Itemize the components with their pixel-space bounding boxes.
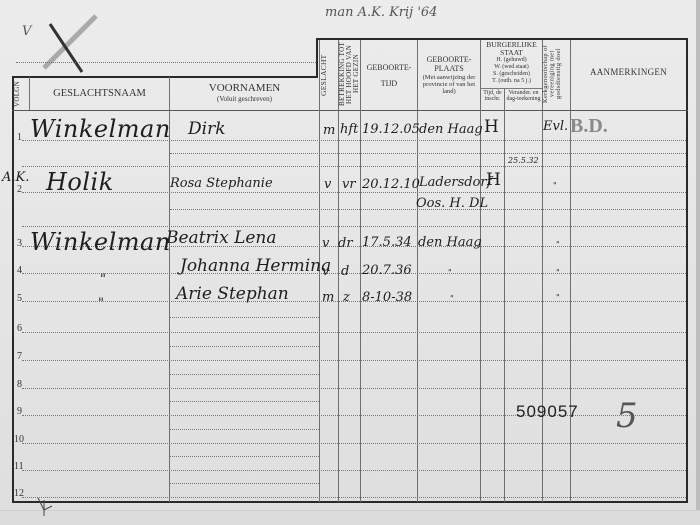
header-geboorteplaats-2: PLAATS — [418, 65, 480, 73]
card-edge-right — [696, 0, 700, 525]
frame-step — [316, 38, 318, 76]
sex: m — [322, 290, 334, 305]
relation: vr — [342, 177, 356, 192]
church: " — [556, 240, 560, 249]
subrow-line — [170, 429, 319, 430]
header-bs-w: W. (wed.staat) — [481, 64, 542, 70]
header-voornamen: VOORNAMEN — [170, 83, 319, 95]
status-date: 25.5.32 — [508, 156, 539, 165]
sex: m — [323, 123, 335, 138]
birth-place: " — [448, 268, 452, 277]
birth-date: 8-10-38 — [362, 290, 412, 305]
birth-place: den Haag — [418, 235, 482, 250]
frame-bottom — [12, 501, 688, 503]
row-number: 8 — [17, 379, 22, 390]
church: " — [553, 181, 557, 190]
row-line-6 — [22, 332, 686, 333]
card-edge-bottom — [0, 510, 700, 525]
top-annotation: man A.K. Krij '64 — [325, 5, 437, 20]
row-number: 1 — [17, 132, 22, 143]
given-names: Johanna Hermina — [180, 256, 331, 276]
civil-status: H — [486, 170, 501, 190]
subrow-line — [22, 226, 686, 227]
row-line-9 — [22, 415, 686, 416]
header-bs-s: S. (gescheiden) — [481, 71, 542, 77]
relation: hft — [340, 122, 358, 137]
header-geslacht: GESLACHT — [320, 44, 338, 106]
frame-top-left — [12, 76, 318, 78]
header-voornamen-sub: (Voluit geschreven) — [170, 96, 319, 103]
row-number: 5 — [17, 293, 22, 304]
margin-note: A.K. — [2, 170, 29, 185]
status-sub-rule — [480, 88, 542, 89]
civil-status: H — [484, 117, 499, 137]
church: " — [556, 293, 560, 302]
row-line-7 — [22, 360, 686, 361]
header-aanmerkingen: AANMERKINGEN — [571, 68, 686, 77]
given-names: Beatrix Lena — [166, 228, 277, 248]
birth-place: " — [450, 294, 454, 303]
subrow-line — [170, 456, 319, 457]
cross-out-mark-icon — [38, 12, 98, 76]
surname: " — [98, 296, 104, 311]
row-line-4 — [22, 273, 686, 274]
row-number: 7 — [17, 351, 22, 362]
col-sep-status — [542, 40, 543, 502]
tick-mark-icon — [34, 496, 54, 516]
relation: dr — [338, 236, 353, 251]
birth-date: 20.7.36 — [362, 263, 412, 278]
frame-right — [686, 38, 688, 503]
relation: d — [341, 264, 349, 279]
header-geboortetijd-1: GEBOORTE- — [361, 64, 417, 72]
birth-date: 19.12.05 — [362, 122, 420, 137]
birth-place: den Haag — [419, 122, 483, 137]
header-bottom-rule — [12, 110, 688, 111]
subrow-line — [170, 317, 319, 318]
relation: z — [343, 290, 350, 305]
header-betrekking: BETREKKING TOT HET HOOFD VAN HET GEZIN — [339, 40, 360, 108]
row-line-11 — [22, 470, 686, 471]
row-number: 11 — [14, 461, 24, 472]
row-number: 3 — [17, 238, 22, 249]
row-number: 4 — [17, 265, 22, 276]
birth-date: 17.5.34 — [362, 235, 412, 250]
subrow-line — [170, 153, 686, 154]
header-kerkgenootschap: Kerkgenootschap of vereeniging met godsd… — [543, 41, 570, 107]
corner-check-mark: V — [22, 24, 31, 39]
header-bs-verander: Verander. en dag-teekening — [505, 90, 542, 103]
church: " — [556, 268, 560, 277]
header-dotted-line — [16, 62, 316, 63]
remark-stamp: B.D. — [570, 115, 608, 138]
header-bs-h: H. (gehuwd) — [481, 57, 542, 63]
row-line-10 — [22, 443, 686, 444]
page-mark: 5 — [616, 396, 638, 436]
row-number: 2 — [17, 184, 22, 195]
sex: v — [322, 264, 329, 279]
header-geboorteplaats-sub: (Met aanwijzing der provincie of van het… — [420, 75, 478, 95]
row-number: 10 — [14, 434, 24, 445]
given-names: Rosa Stephanie — [170, 176, 273, 191]
col-sep-birthplace — [480, 40, 481, 502]
col-sep-sex — [338, 40, 339, 502]
row-line-12 — [22, 497, 686, 498]
church: Evl. — [543, 119, 568, 134]
surname: Holik — [46, 168, 114, 196]
subrow-line — [170, 483, 319, 484]
header-geslachtsnaam: GESLACHTSNAAM — [30, 88, 169, 99]
col-sep-relation — [360, 40, 361, 502]
row-number: 6 — [17, 323, 22, 334]
row-number: 12 — [14, 488, 24, 499]
header-bs-t: T. (outh. na 5 j.) — [481, 78, 542, 84]
row-line-8 — [22, 388, 686, 389]
subrow-line — [170, 401, 319, 402]
surname: Winkelman — [30, 115, 171, 143]
surname: " — [100, 272, 106, 287]
sex: v — [322, 236, 329, 251]
row-number: 9 — [17, 406, 22, 417]
subrow-line — [22, 166, 686, 167]
col-sep-church — [570, 40, 571, 502]
birth-date: 20.12.10 — [362, 177, 420, 192]
row-line-5 — [22, 301, 686, 302]
subrow-line — [170, 346, 319, 347]
surname: Winkelman — [30, 228, 171, 256]
col-sep-status-split — [504, 88, 505, 502]
given-names: Dirk — [188, 119, 226, 139]
subrow-line — [170, 374, 319, 375]
birth-place-note: Oos. H. DL — [416, 196, 488, 211]
header-burgerlijke-staat-2: STAAT — [481, 49, 542, 57]
header-geboortetijd-2: TIJD — [361, 80, 417, 88]
header-bs-tijd: Tijd, de inschr. — [481, 90, 504, 103]
registration-card: man A.K. Krij '64 V VOLGN GESLACHTSNAAM … — [0, 0, 700, 525]
col-sep-birthdate — [417, 40, 418, 502]
given-names: Arie Stephan — [176, 284, 289, 304]
row-line-2 — [22, 192, 686, 193]
header-volgn: VOLGN — [14, 80, 28, 108]
sex: v — [324, 177, 331, 192]
stamp-number: 509057 — [516, 402, 579, 422]
birth-place: Ladersdorf — [419, 175, 491, 190]
